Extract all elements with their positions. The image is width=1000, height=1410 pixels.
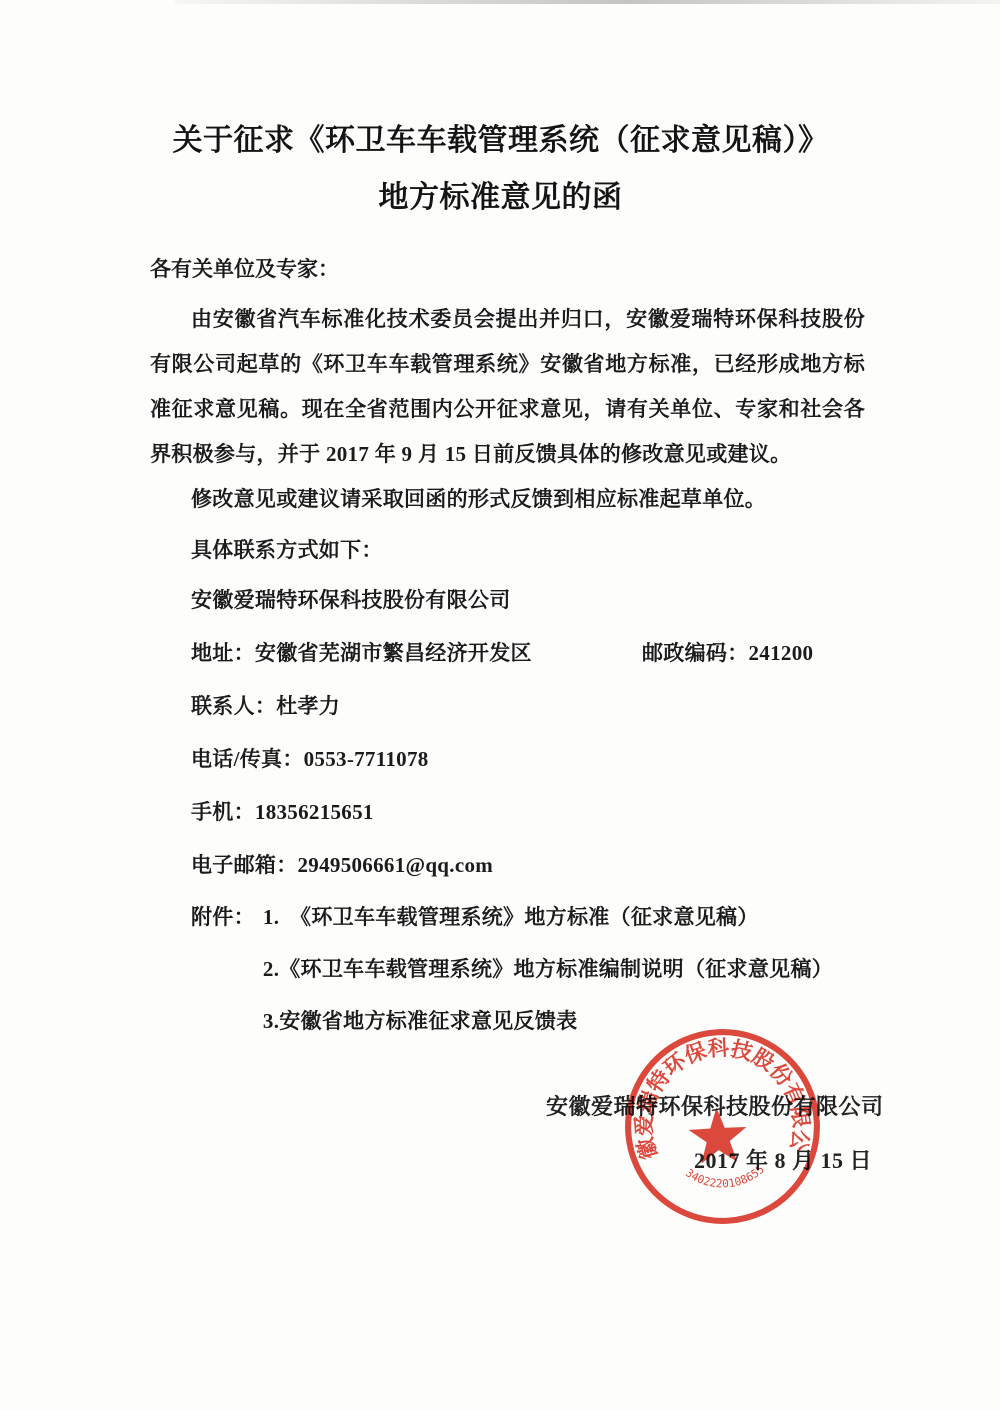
contact-address-line: 地址：安徽省芜湖市繁昌经济开发区 邮政编码：241200 <box>150 631 865 676</box>
salutation: 各有关单位及专家： <box>150 247 865 292</box>
paragraph-feedback-request: 修改意见或建议请采取回函的形式反馈到相应标准起草单位。 <box>150 477 865 522</box>
svg-text:3402220108655: 3402220108655 <box>683 1162 768 1192</box>
letter-title: 关于征求《环卫车车载管理系统（征求意见稿）》 地方标准意见的函 <box>136 0 865 226</box>
attachments-block: 附件： 1. 《环卫车车载管理系统》地方标准（征求意见稿） 2.《环卫车车载管理… <box>150 895 865 1044</box>
letter-body: 关于征求《环卫车车载管理系统（征求意见稿）》 地方标准意见的函 各有关单位及专家… <box>0 0 1000 1044</box>
contact-phone-fax: 电话/传真：0553-7711078 <box>150 737 865 782</box>
contact-address: 地址：安徽省芜湖市繁昌经济开发区 <box>191 641 532 665</box>
attachment-item-2: 2.《环卫车车载管理系统》地方标准编制说明（征求意见稿） <box>263 947 865 992</box>
scan-artifact-top-edge <box>175 0 1000 4</box>
company-seal-stamp: 安徽爱瑞特环保科技股份有限公司 3402220108655 <box>616 1020 829 1233</box>
stamp-serial-number: 3402220108655 <box>683 1162 768 1192</box>
title-line-2: 地方标准意见的函 <box>136 169 865 226</box>
contact-email: 电子邮箱：2949506661@qq.com <box>150 843 865 888</box>
contact-person: 联系人：杜孝力 <box>150 684 865 729</box>
attachment-item-1: 1. 《环卫车车载管理系统》地方标准（征求意见稿） <box>263 895 865 940</box>
scanned-letter-page: 关于征求《环卫车车载管理系统（征求意见稿）》 地方标准意见的函 各有关单位及专家… <box>0 0 1000 1410</box>
attachments-label: 附件： <box>191 895 255 940</box>
paragraph-intro: 由安徽省汽车标准化技术委员会提出并归口，安徽爱瑞特环保科技股份有限公司起草的《环… <box>150 297 865 477</box>
stamp-star-icon <box>688 1106 749 1164</box>
contact-company: 安徽爱瑞特环保科技股份有限公司 <box>150 578 865 623</box>
contact-postcode: 邮政编码：241200 <box>642 631 813 676</box>
title-line-1: 关于征求《环卫车车载管理系统（征求意见稿）》 <box>136 112 865 169</box>
paragraph-contact-intro: 具体联系方式如下： <box>150 528 865 573</box>
contact-mobile: 手机：18356215651 <box>150 790 865 835</box>
